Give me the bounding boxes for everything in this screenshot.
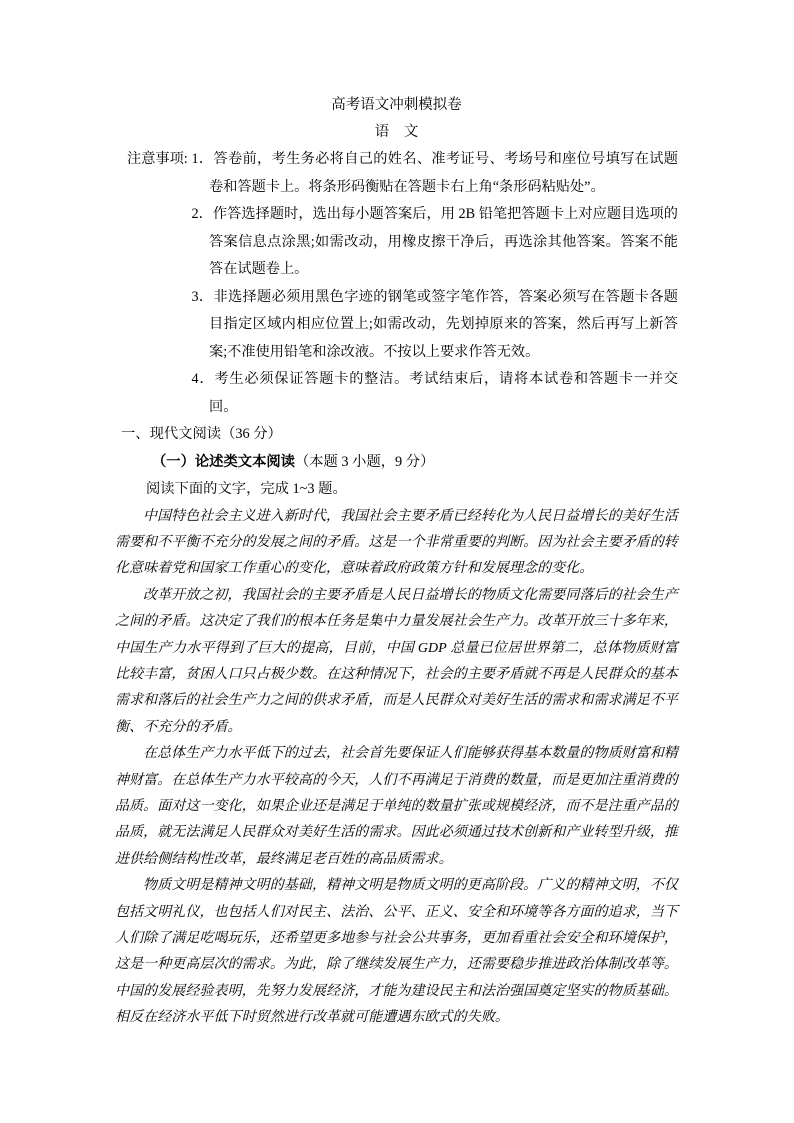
passage-paragraph: 在总体生产力水平低下的过去，社会首先要保证人们能够获得基本数量的物质财富和精神财… xyxy=(115,741,678,873)
notice-item-number: 4． xyxy=(192,371,215,387)
notice-block: 注意事项: 1．答卷前，考生务必将自己的姓名、准考证号、考场号和座位号填写在试题… xyxy=(115,146,678,421)
passage-paragraph: 中国特色社会主义进入新时代，我国社会主要矛盾已经转化为人民日益增长的美好生活需要… xyxy=(115,504,678,583)
reading-instruction: 阅读下面的文字，完成 1~3 题。 xyxy=(115,476,678,504)
subject-title: 语 文 xyxy=(115,122,678,142)
notice-item-text: 考生必须保证答题卡的整洁。考试结束后，请将本试卷和答题卡一并交回。 xyxy=(209,371,678,415)
notice-item-number: 3． xyxy=(192,289,214,305)
subsection-meta: （本题 3 小题，9 分） xyxy=(295,454,434,470)
notice-item-text: 作答选择题时，选出每小题答案后，用 2B 铅笔把答题卡上对应题目选项的答案信息点… xyxy=(209,206,678,277)
notice-item-number: 2． xyxy=(192,206,213,222)
notice-item: 4．考生必须保证答题卡的整洁。考试结束后，请将本试卷和答题卡一并交回。 xyxy=(209,366,678,421)
notice-item: 2．作答选择题时，选出每小题答案后，用 2B 铅笔把答题卡上对应题目选项的答案信… xyxy=(209,201,678,284)
notice-item-text: 答卷前，考生务必将自己的姓名、准考证号、考场号和座位号填写在试题卷和答题卡上。将… xyxy=(209,151,678,195)
subsection-heading: （一）论述类文本阅读（本题 3 小题，9 分） xyxy=(115,449,678,477)
passage-paragraph: 改革开放之初，我国社会的主要矛盾是人民日益增长的物质文化需要同落后的社会生产之间… xyxy=(115,583,678,741)
notice-item-text: 非选择题必须用黑色字迹的钢笔或签字笔作答，答案必须写在答题卡各题目指定区域内相应… xyxy=(209,289,678,360)
exam-paper-page: 高考语文冲刺模拟卷 语 文 注意事项: 1．答卷前，考生务必将自己的姓名、准考证… xyxy=(0,0,794,1123)
notice-item: 1．答卷前，考生务必将自己的姓名、准考证号、考场号和座位号填写在试题卷和答题卡上… xyxy=(209,146,678,201)
passage-paragraph: 物质文明是精神文明的基础，精神文明是物质文明的更高阶段。广义的精神文明，不仅包括… xyxy=(115,873,678,1031)
notice-item: 3．非选择题必须用黑色字迹的钢笔或签字笔作答，答案必须写在答题卡各题目指定区域内… xyxy=(209,284,678,367)
page-title: 高考语文冲刺模拟卷 xyxy=(115,95,678,115)
notice-item-number: 1． xyxy=(192,151,214,167)
reading-passage: 中国特色社会主义进入新时代，我国社会主要矛盾已经转化为人民日益增长的美好生活需要… xyxy=(115,504,678,1032)
subsection-title: （一）论述类文本阅读 xyxy=(152,454,295,470)
notice-label: 注意事项: xyxy=(127,146,188,174)
section-heading: 一、现代文阅读（36 分） xyxy=(115,421,678,449)
